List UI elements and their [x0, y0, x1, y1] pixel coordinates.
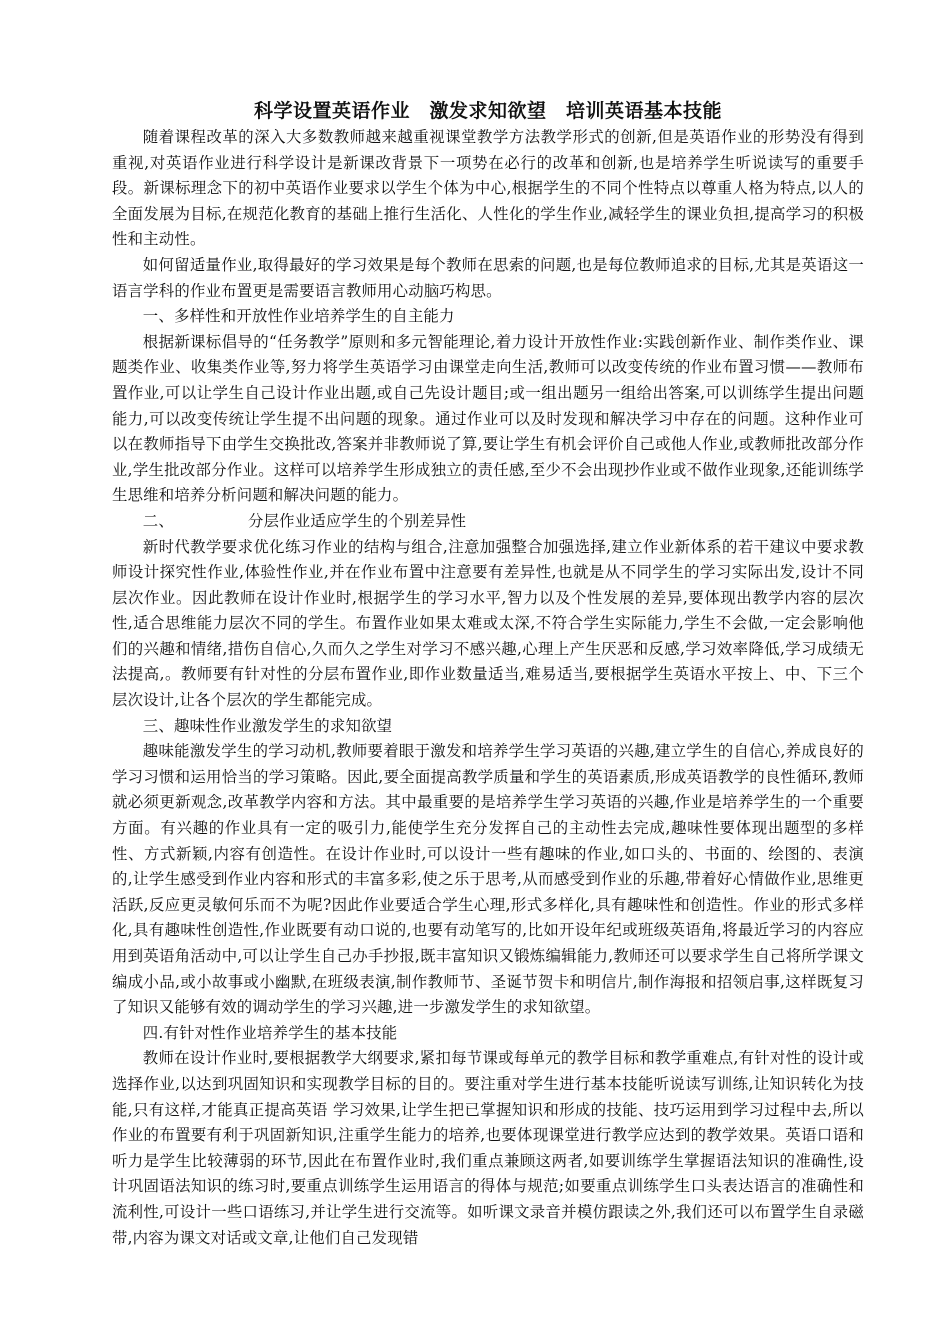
intro-paragraph-2: 如何留适量作业,取得最好的学习效果是每个教师在思索的问题,也是每位教师追求的目标…: [112, 253, 864, 304]
section-4-number: 四.: [143, 1024, 164, 1042]
section-2-number: 二、: [143, 512, 174, 530]
section-4-body: 教师在设计作业时,要根据教学大纲要求,紧扣每节课或每单元的教学目标和教学重难点,…: [112, 1046, 864, 1251]
section-4-heading: 四.有针对性作业培养学生的基本技能: [112, 1021, 864, 1047]
section-3-heading: 三、趣味性作业激发学生的求知欲望: [112, 714, 864, 740]
section-3-number: 三、: [143, 717, 174, 735]
section-3-body: 趣味能激发学生的学习动机,教师要着眼于激发和培养学生学习英语的兴趣,建立学生的自…: [112, 739, 864, 1021]
section-2-title: 分层作业适应学生的个别差异性: [248, 512, 466, 530]
section-1-title: 多样性和开放性作业培养学生的自主能力: [174, 307, 455, 325]
section-1-number: 一、: [143, 307, 174, 325]
section-2-body: 新时代教学要求优化练习作业的结构与组合,注意加强整合加强选择,建立作业新体系的若…: [112, 535, 864, 714]
section-1-heading: 一、多样性和开放性作业培养学生的自主能力: [112, 304, 864, 330]
section-2-heading: 二、分层作业适应学生的个别差异性: [112, 509, 864, 535]
section-1-body: 根据新课标倡导的“任务教学”原则和多元智能理论,着力设计开放性作业:实践创新作业…: [112, 330, 864, 509]
section-4-title: 有针对性作业培养学生的基本技能: [163, 1024, 397, 1042]
document-title: 科学设置英语作业 激发求知欲望 培训英语基本技能: [112, 98, 864, 125]
document-page: 科学设置英语作业 激发求知欲望 培训英语基本技能 随着课程改革的深入大多数教师越…: [112, 98, 864, 1251]
intro-paragraph-1: 随着课程改革的深入大多数教师越来越重视课堂教学方法教学形式的创新,但是英语作业的…: [112, 125, 864, 253]
section-3-title: 趣味性作业激发学生的求知欲望: [174, 717, 392, 735]
